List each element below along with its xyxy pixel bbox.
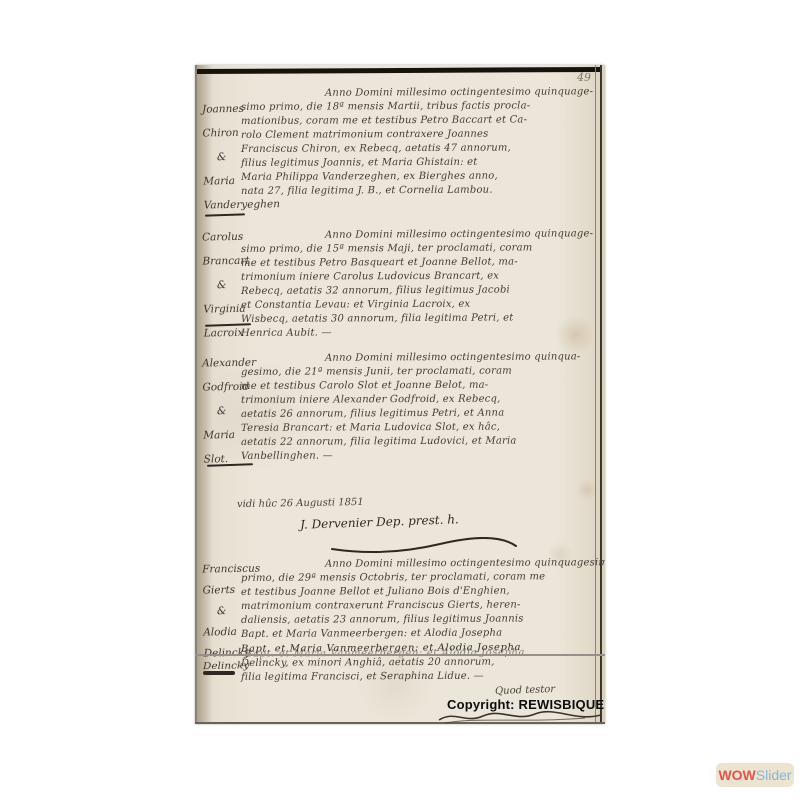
record-entry-4-lower: Delincky, ex minori Anghiâ, aetatis 20 a… <box>241 657 601 685</box>
scanned-register-page: 49 JoannesChiron&MariaVanderyeghen Anno … <box>195 65 605 724</box>
signature-flourish <box>330 537 520 557</box>
margin-underline <box>203 671 235 675</box>
watermark-slider-text: Slider <box>756 767 792 783</box>
wowslider-watermark[interactable]: WOWSlider <box>716 763 794 787</box>
page-number: 49 <box>577 71 591 84</box>
scan-left-edge <box>195 65 197 724</box>
text-line: nata 27, filia legitima J. B., et Cornel… <box>241 184 601 200</box>
text-line: Vanbellinghen. — <box>241 449 601 465</box>
attestation-text: Quod testor <box>495 684 555 697</box>
scan-top-edge <box>197 67 601 74</box>
record-entry-2: Anno Domini millesimo octingentesimo qui… <box>241 229 601 341</box>
visa-date-line: vidi hûc 26 Augusti 1851 <box>237 497 364 510</box>
record-entry-3: Anno Domini millesimo octingentesimo qui… <box>241 352 601 464</box>
text-line: Bapt. et Maria Vanmeerbergen: et Alodia … <box>241 627 601 643</box>
text-line: Henrica Aubit. — <box>241 326 601 342</box>
priest-signature: J. Dervenier Dep. prest. h. <box>300 512 459 532</box>
copyright-overlay: Copyright: REWISBIQUE <box>447 697 604 712</box>
text-line: Vanderyeghen <box>204 198 264 223</box>
record-entry-4-upper: Anno Domini millesimo octingentesimo qui… <box>241 558 601 642</box>
watermark-wow-text: WOW <box>718 767 755 783</box>
record-entry-1: Anno Domini millesimo octingentesimo qui… <box>241 87 601 199</box>
